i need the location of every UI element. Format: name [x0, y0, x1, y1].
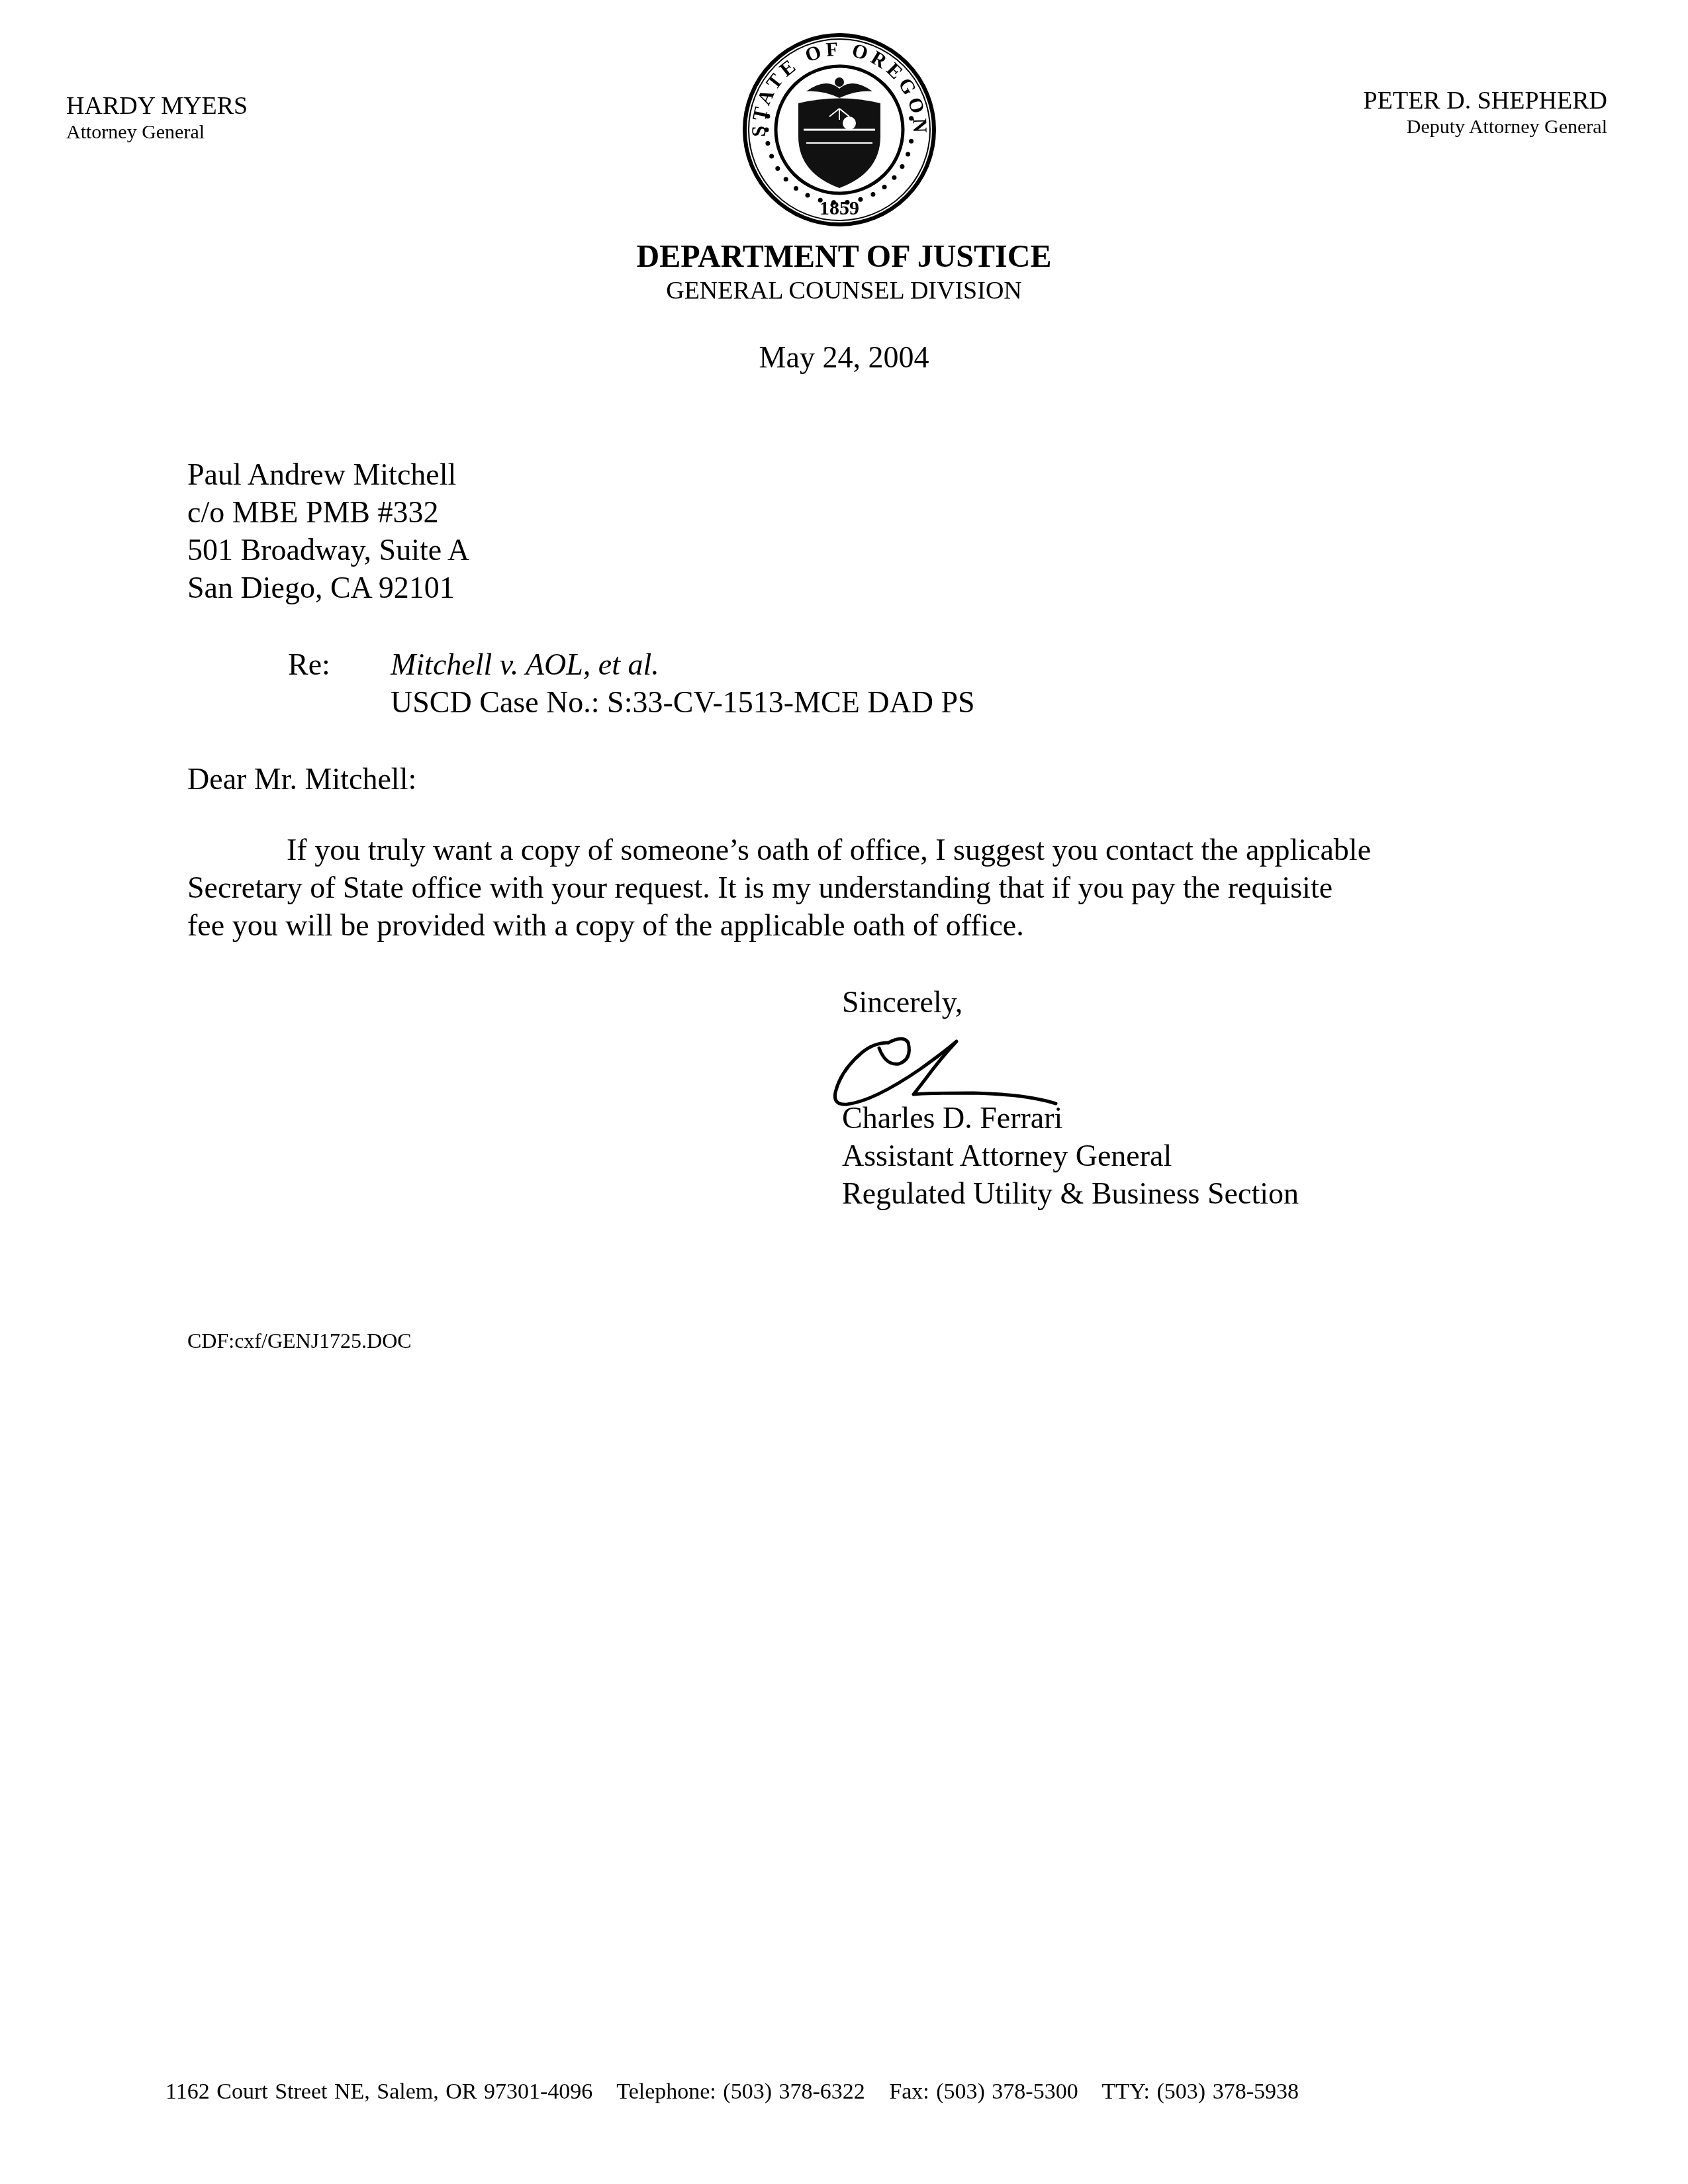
recipient-address: Paul Andrew Mitchell c/o MBE PMB #332 50… [187, 455, 469, 606]
body-paragraph: If you truly want a copy of someone’s oa… [187, 831, 1511, 944]
document-reference: CDF:cxf/GENJ1725.DOC [187, 1327, 412, 1354]
division-name: GENERAL COUNSEL DIVISION [0, 275, 1688, 306]
body-line: If you truly want a copy of someone’s oa… [187, 831, 1511, 869]
recipient-line: Paul Andrew Mitchell [187, 455, 469, 493]
footer-contact: 1162 Court Street NE, Salem, OR 97301-40… [165, 2079, 1316, 2105]
attorney-general-block: HARDY MYERS Attorney General [66, 91, 248, 144]
signer-section: Regulated Utility & Business Section [842, 1174, 1299, 1212]
re-label: Re: [288, 645, 330, 683]
footer-tty: TTY: (503) 378-5938 [1102, 2079, 1299, 2104]
body-line: fee you will be provided with a copy of … [187, 906, 1511, 944]
salutation: Dear Mr. Mitchell: [187, 760, 416, 798]
deputy-attorney-general-block: PETER D. SHEPHERD Deputy Attorney Genera… [1364, 86, 1607, 139]
deputy-attorney-general-name: PETER D. SHEPHERD [1364, 86, 1607, 115]
case-number: USCD Case No.: S:33-CV-1513-MCE DAD PS [391, 683, 975, 721]
svg-text:1859: 1859 [820, 197, 859, 219]
body-line: Secretary of State office with your requ… [187, 869, 1511, 906]
closing: Sincerely, [842, 983, 962, 1021]
footer-telephone: Telephone: (503) 378-6322 [616, 2079, 865, 2104]
signer-name: Charles D. Ferrari [842, 1099, 1299, 1137]
department-heading: DEPARTMENT OF JUSTICE GENERAL COUNSEL DI… [0, 238, 1688, 306]
attorney-general-title: Attorney General [66, 120, 248, 144]
recipient-line: c/o MBE PMB #332 [187, 493, 469, 531]
department-name: DEPARTMENT OF JUSTICE [0, 238, 1688, 275]
footer-fax: Fax: (503) 378-5300 [889, 2079, 1078, 2104]
deputy-attorney-general-title: Deputy Attorney General [1364, 115, 1607, 139]
recipient-line: San Diego, CA 92101 [187, 569, 469, 606]
footer-address: 1162 Court Street NE, Salem, OR 97301-40… [165, 2079, 592, 2104]
state-of-oregon-seal-icon: STATE OF OREGON 1859 [740, 30, 939, 229]
re-case: Mitchell v. AOL, et al. USCD Case No.: S… [391, 645, 975, 721]
letter-date: May 24, 2004 [0, 339, 1688, 376]
attorney-general-name: HARDY MYERS [66, 91, 248, 120]
case-title: Mitchell v. AOL, et al. [391, 645, 975, 683]
recipient-line: 501 Broadway, Suite A [187, 531, 469, 569]
signature-block: Charles D. Ferrari Assistant Attorney Ge… [842, 1099, 1299, 1212]
signer-title: Assistant Attorney General [842, 1137, 1299, 1174]
